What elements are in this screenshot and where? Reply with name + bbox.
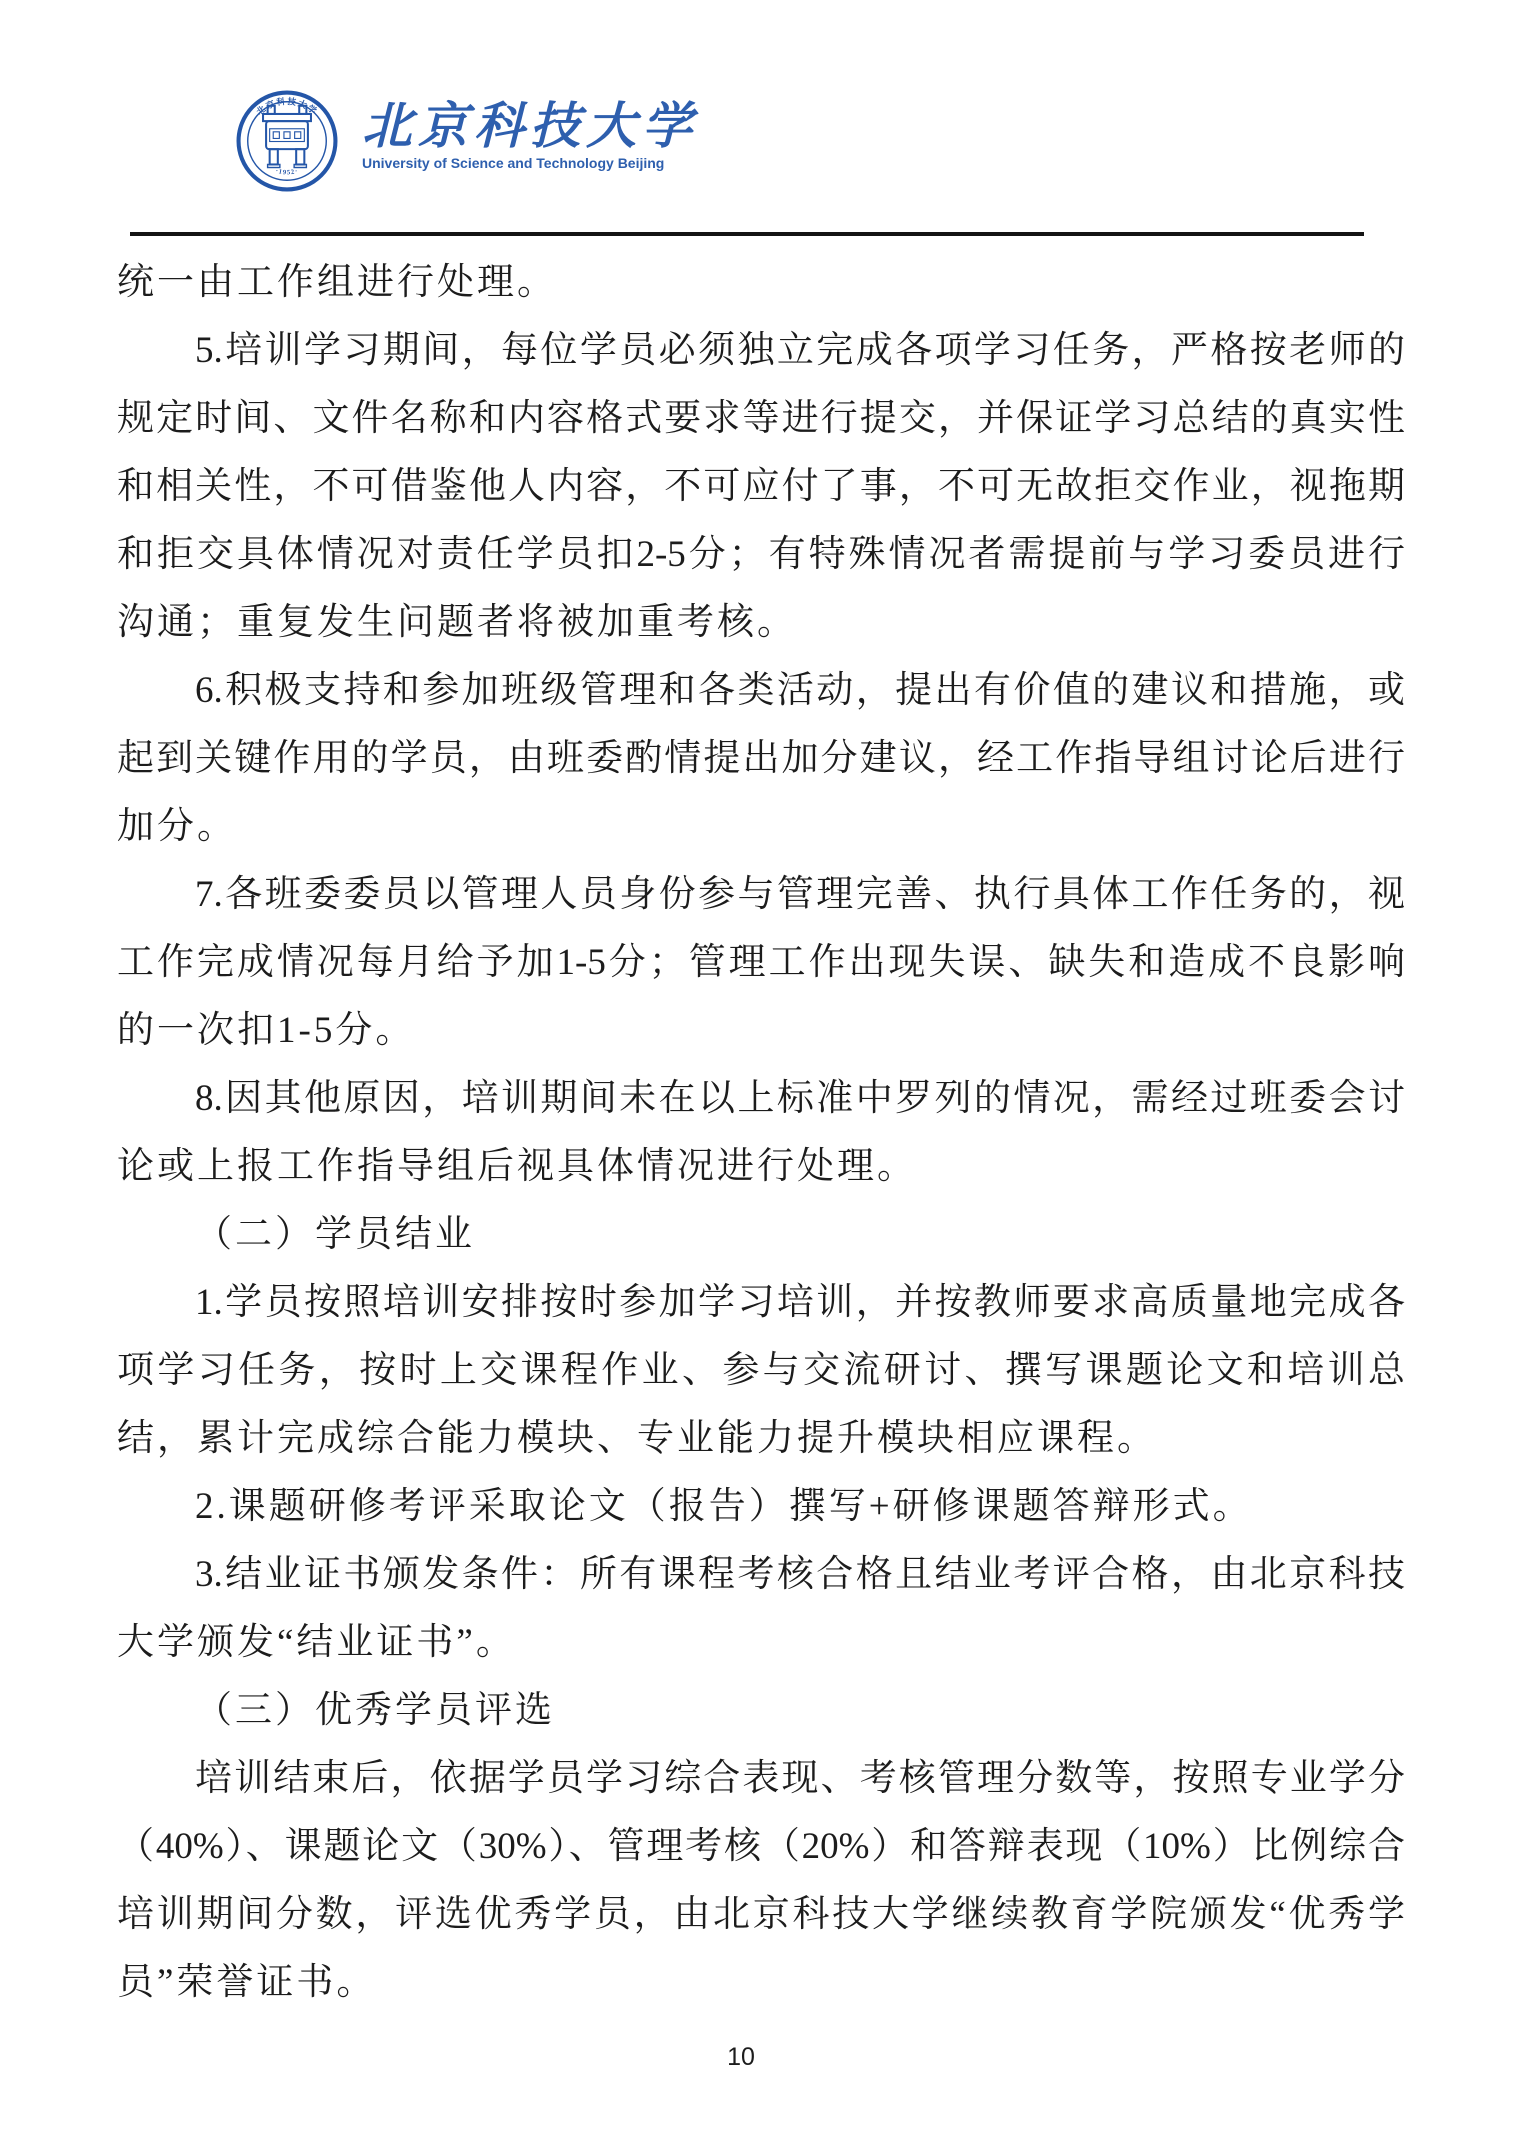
text-line: 起到关键作用的学员，由班委酌情提出加分建议，经工作指导组讨论后进行 bbox=[117, 725, 1405, 793]
text-line: （二）学员结业 bbox=[117, 1201, 1405, 1269]
text-line: 7.各班委委员以管理人员身份参与管理完善、执行具体工作任务的，视 bbox=[117, 861, 1405, 929]
text-line: 沟通；重复发生问题者将被加重考核。 bbox=[117, 589, 1405, 657]
text-line: 2.课题研修考评采取论文（报告）撰写+研修课题答辩形式。 bbox=[117, 1473, 1405, 1541]
page-number: 10 bbox=[0, 2042, 1502, 2072]
text-line: （40%）、课题论文（30%）、管理考核（20%）和答辩表现（10%）比例综合 bbox=[117, 1813, 1405, 1881]
text-line: 的一次扣1-5分。 bbox=[117, 997, 1405, 1065]
text-line: 结，累计完成综合能力模块、专业能力提升模块相应课程。 bbox=[117, 1405, 1405, 1473]
text-line: 和相关性，不可借鉴他人内容，不可应付了事，不可无故拒交作业，视拖期 bbox=[117, 453, 1405, 521]
text-line: 论或上报工作指导组后视具体情况进行处理。 bbox=[117, 1133, 1405, 1201]
text-line: 规定时间、文件名称和内容格式要求等进行提交，并保证学习总结的真实性 bbox=[117, 385, 1405, 453]
university-name-english: University of Science and Technology Bei… bbox=[362, 155, 698, 171]
document-page: 北京科技大学 ·1952· bbox=[0, 0, 1522, 2141]
text-line: 项学习任务，按时上交课程作业、参与交流研讨、撰写课题论文和培训总 bbox=[117, 1337, 1405, 1405]
text-line: 1.学员按照培训安排按时参加学习培训，并按教师要求高质量地完成各 bbox=[117, 1269, 1405, 1337]
text-line: 员”荣誉证书。 bbox=[117, 1949, 1405, 2017]
text-line: 8.因其他原因，培训期间未在以上标准中罗列的情况，需经过班委会讨 bbox=[117, 1065, 1405, 1133]
text-line: 培训期间分数，评选优秀学员，由北京科技大学继续教育学院颁发“优秀学 bbox=[117, 1881, 1405, 1949]
text-line: 统一由工作组进行处理。 bbox=[117, 249, 1405, 317]
text-line: 大学颁发“结业证书”。 bbox=[117, 1609, 1405, 1677]
text-line: 和拒交具体情况对责任学员扣2-5分；有特殊情况者需提前与学习委员进行 bbox=[117, 521, 1405, 589]
university-seal-icon: 北京科技大学 ·1952· bbox=[236, 90, 338, 192]
header-divider bbox=[130, 232, 1364, 236]
text-line: 培训结束后，依据学员学习综合表现、考核管理分数等，按照专业学分 bbox=[117, 1745, 1405, 1813]
university-logo-block: 北京科技大学 ·1952· bbox=[236, 90, 698, 192]
text-line: 6.积极支持和参加班级管理和各类活动，提出有价值的建议和措施，或 bbox=[117, 657, 1405, 725]
university-names: 北京科技大学 University of Science and Technol… bbox=[362, 100, 698, 171]
text-line: 加分。 bbox=[117, 793, 1405, 861]
university-name-chinese: 北京科技大学 bbox=[362, 100, 698, 152]
text-line: 5.培训学习期间，每位学员必须独立完成各项学习任务，严格按老师的 bbox=[117, 317, 1405, 385]
text-line: 工作完成情况每月给予加1-5分；管理工作出现失误、缺失和造成不良影响 bbox=[117, 929, 1405, 997]
text-line: 3.结业证书颁发条件：所有课程考核合格且结业考评合格，由北京科技 bbox=[117, 1541, 1405, 1609]
text-line: （三）优秀学员评选 bbox=[117, 1677, 1405, 1745]
document-body: 统一由工作组进行处理。5.培训学习期间，每位学员必须独立完成各项学习任务，严格按… bbox=[117, 249, 1405, 2017]
